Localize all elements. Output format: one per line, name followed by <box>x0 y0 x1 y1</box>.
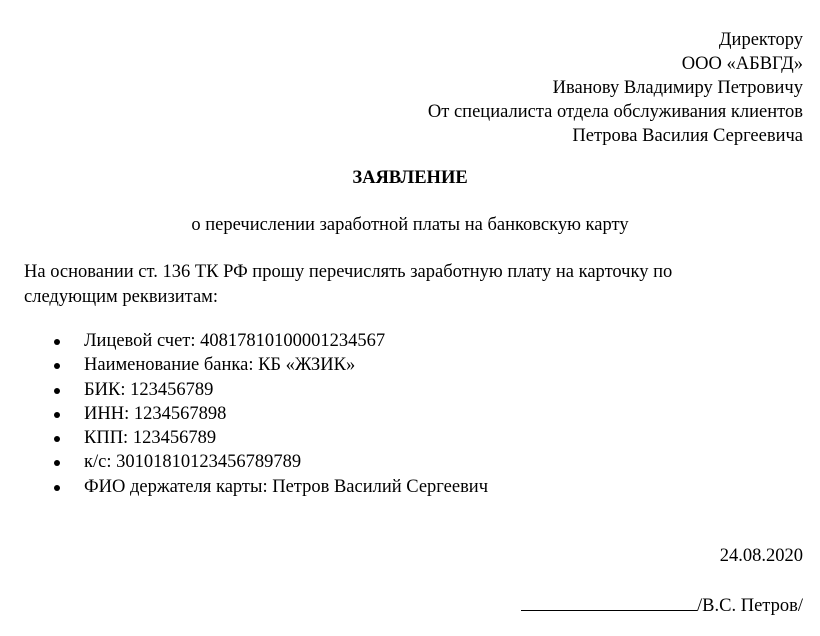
list-item: БИК: 123456789 <box>0 378 488 402</box>
document-subtitle: о перечислении заработной платы на банко… <box>0 213 820 237</box>
addressee-block: Директору ООО «АБВГД» Иванову Владимиру … <box>428 28 803 148</box>
signature-line <box>521 592 697 611</box>
signature-block: /В.С. Петров/ <box>521 592 803 618</box>
document-date: 24.08.2020 <box>720 544 803 568</box>
list-item: ФИО держателя карты: Петров Василий Серг… <box>0 475 488 499</box>
signature-name: /В.С. Петров/ <box>697 596 803 616</box>
bullet-icon <box>54 485 60 491</box>
bullet-icon <box>54 363 60 369</box>
list-item: ИНН: 1234567898 <box>0 402 488 426</box>
sender-position: От специалиста отдела обслуживания клиен… <box>428 100 803 124</box>
requisites-list: Лицевой счет: 40817810100001234567 Наиме… <box>0 329 488 499</box>
requisite-kpp: КПП: 123456789 <box>84 428 216 448</box>
list-item: Лицевой счет: 40817810100001234567 <box>0 329 488 353</box>
requisite-account: Лицевой счет: 40817810100001234567 <box>84 331 385 351</box>
bullet-icon <box>54 388 60 394</box>
list-item: Наименование банка: КБ «ЖЗИК» <box>0 353 488 377</box>
requisite-inn: ИНН: 1234567898 <box>84 404 226 424</box>
bullet-icon <box>54 436 60 442</box>
document-title: ЗАЯВЛЕНИЕ <box>0 166 820 190</box>
list-item: КПП: 123456789 <box>0 426 488 450</box>
bullet-icon <box>54 339 60 345</box>
addressee-company: ООО «АБВГД» <box>428 52 803 76</box>
requisite-bank-name: Наименование банка: КБ «ЖЗИК» <box>84 355 355 375</box>
requisite-card-holder: ФИО держателя карты: Петров Василий Серг… <box>84 477 488 497</box>
bullet-icon <box>54 412 60 418</box>
sender-name: Петрова Василия Сергеевича <box>428 124 803 148</box>
bullet-icon <box>54 460 60 466</box>
requisite-bik: БИК: 123456789 <box>84 380 213 400</box>
requisite-correspondent-account: к/с: 30101810123456789789 <box>84 452 301 472</box>
list-item: к/с: 30101810123456789789 <box>0 450 488 474</box>
body-paragraph: На основании ст. 136 ТК РФ прошу перечис… <box>24 260 764 310</box>
addressee-position: Директору <box>428 28 803 52</box>
addressee-name: Иванову Владимиру Петровичу <box>428 76 803 100</box>
